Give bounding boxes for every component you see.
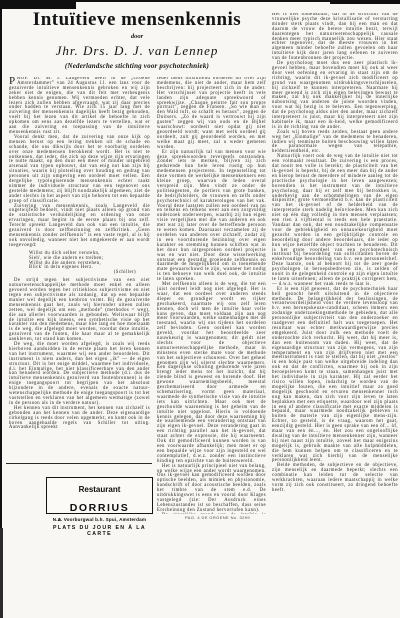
restaurant-ad: Restaurant DORRIUS N.Z. Voorburgwal b.h.… — [46, 477, 153, 514]
scan-artifact-top-right-block — [330, 0, 400, 4]
page-footer: PAG. 4 DE GROENE No. 3299 — [185, 515, 250, 520]
article-subtitle: (Nederlandsche stichting voor psychotech… — [8, 62, 266, 70]
paragraph: Er is een tijd geweest, dat de psychotec… — [272, 288, 398, 465]
quote-attribution: (Schiller) — [29, 271, 136, 276]
paragraph: De psycholoog moet dus een zeer plastisc… — [272, 62, 398, 131]
column-2: ieder mens uitsluitend oordelen uit over… — [157, 77, 266, 514]
author-name: Jhr. Drs. D. J. van Lennep — [8, 43, 266, 59]
paragraph: Zuivering van mensenkennis, zoals Langev… — [9, 205, 150, 249]
paragraph: Zoals wij boven reeds zeiden, bestaat ge… — [272, 131, 398, 156]
scan-artifact-left-edge — [0, 0, 2, 618]
drop-cap: P — [9, 77, 17, 86]
page-title: Intuïtieve mensenkennis — [8, 10, 266, 30]
paragraph: Het is natuurlijk principieel niet van b… — [157, 465, 266, 514]
divider-rule — [6, 463, 152, 464]
article-header: Intuïtieve mensenkennis door Jhr. Drs. D… — [8, 10, 266, 70]
ad-restaurant-label: Restaurant — [79, 485, 121, 494]
paragraph: Beide methoden, de subjectieve en de obj… — [272, 464, 398, 493]
ad-address: N.Z. Voorburgwal b.h. Spui, Amsterdam — [47, 517, 152, 522]
scan-artifact-top-left-block — [0, 0, 76, 9]
ad-name: DORRIUS — [70, 502, 130, 514]
paragraph: PROF. Dr. M. J. Langeveld heeft in de „G… — [9, 77, 150, 136]
column-3: Het is niet ondenkbaar, dat in de struct… — [272, 13, 398, 514]
paragraph: De strijd tegen het subjectivisme van ee… — [9, 279, 150, 343]
paragraph: Er zijn natuurlijk tal van mensen voor w… — [157, 151, 266, 283]
paragraph: Vooral denkt men, dat de zuivering van o… — [9, 136, 150, 205]
paragraph: Natuurlijk voert ook de weg van de intuï… — [272, 155, 398, 287]
paragraph: ieder mens uitsluitend oordelen uit over… — [157, 77, 266, 151]
paragraph-text: ROF. Dr. M. J. Langeveld heeft in de „Gr… — [9, 77, 150, 135]
ad-name-line: Restaurant DORRIUS — [47, 480, 152, 516]
scan-artifact-left-bottom — [0, 528, 3, 618]
schiller-quote: Willst du dich selber verstehn, Sieh', w… — [29, 252, 150, 277]
paragraph: Het is niet ondenkbaar, dat in de struct… — [272, 13, 398, 62]
byline-door: door — [8, 33, 266, 40]
paragraph: De weg, die moet worden afgelegd, is zoa… — [9, 343, 150, 407]
newspaper-page: Intuïtieve mensenkennis door Jhr. Drs. D… — [0, 0, 400, 618]
ad-tagline: PLATS DU JOUR EN À LA CARTE — [47, 525, 152, 537]
paragraph: Het kennen van dit instrument, het kenne… — [9, 407, 150, 432]
column-1: PROF. Dr. M. J. Langeveld heeft in de „G… — [9, 77, 150, 459]
paragraph: Met zelfkennis alleen is de weg, die tot… — [157, 283, 266, 465]
